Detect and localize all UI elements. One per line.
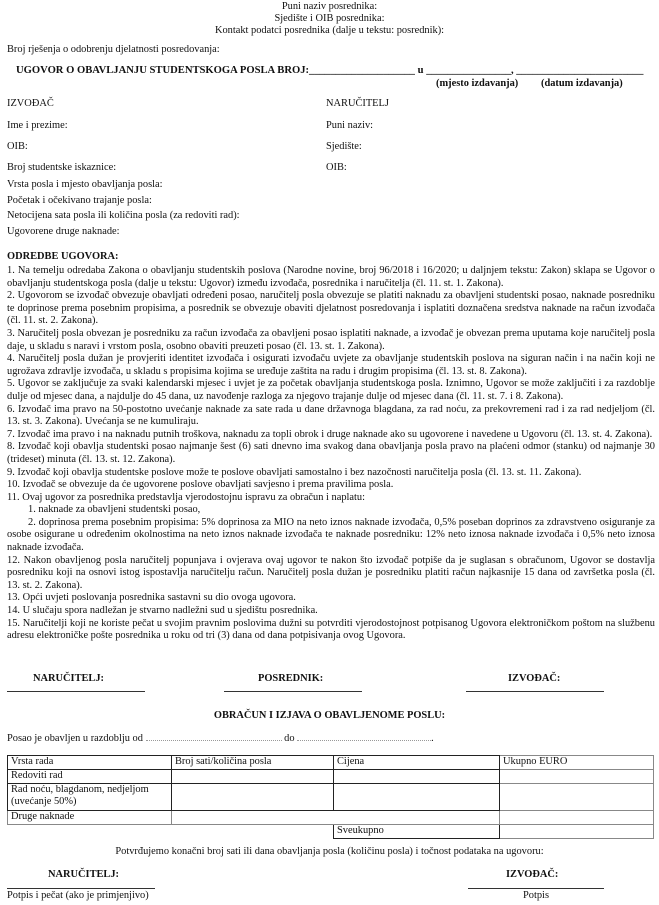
decision-number-label: Broj rješenja o odobrenju djelatnosti po… bbox=[7, 44, 220, 57]
provision-item: 5. Ugovor se zaključuje za svaki kalenda… bbox=[7, 378, 655, 403]
provision-item: 2. Ugovorom se izvođač obvezuje obavljat… bbox=[7, 290, 655, 328]
provision-item: 7. Izvođač ima pravo i na naknadu putnih… bbox=[7, 429, 655, 442]
agent-full-name-label: Puni naziv posrednika: bbox=[0, 1, 659, 13]
provision-item: 4. Naručitelj posla dužan je provjeriti … bbox=[7, 353, 655, 378]
col-header-hours: Broj sati/količina posla bbox=[172, 756, 334, 770]
calculation-table: Vrsta rada Broj sati/količina posla Cije… bbox=[7, 755, 654, 839]
in-word: u bbox=[418, 65, 424, 76]
confirm-contractor-label: IZVOĐAČ: bbox=[506, 869, 558, 882]
agent-seat-oib-label: Sjedište i OIB posrednika: bbox=[0, 13, 659, 25]
provision-sub-item: 1. naknade za obavljeni studentski posao… bbox=[7, 504, 655, 517]
provision-item: 11. Ovaj ugovor za posrednika predstavlj… bbox=[7, 492, 655, 505]
signature-line-contractor[interactable] bbox=[466, 691, 604, 692]
contractor-heading: IZVOĐAČ bbox=[7, 98, 54, 111]
period-prefix: Posao je obavljen u razdoblju od bbox=[7, 733, 143, 744]
total-label: Sveukupno bbox=[334, 825, 500, 839]
provision-item: 15. Naručitelji koji ne koriste pečat u … bbox=[7, 618, 655, 643]
contract-title-text: UGOVOR O OBAVLJANJU STUDENTSKOGA POSLA B… bbox=[16, 65, 309, 76]
empty-cell bbox=[8, 825, 172, 839]
provisions-heading: ODREDBE UGOVORA: bbox=[7, 251, 119, 264]
row-label-night-holiday: Rad noću, blagdanom, nedjeljom (uvećanje… bbox=[8, 784, 172, 811]
job-fields: Vrsta posla i mjesto obavljanja posla: P… bbox=[7, 177, 240, 239]
provision-item: 12. Nakon obavljenog posla naručitelj po… bbox=[7, 555, 655, 593]
contractor-oib-field: OIB: bbox=[7, 141, 28, 154]
provision-item: 14. U slučaju spora nadležan je stvarno … bbox=[7, 605, 655, 618]
contractor-signature-caption: Potpis bbox=[468, 890, 604, 903]
cell-other-fees-details[interactable] bbox=[172, 811, 500, 825]
cell-night-price[interactable] bbox=[334, 784, 500, 811]
client-heading: NARUČITELJ bbox=[326, 98, 389, 111]
client-name-field: Puni naziv: bbox=[326, 120, 373, 133]
agent-contact-label: Kontakt podatci posrednika (dalje u teks… bbox=[0, 25, 659, 37]
empty-cell bbox=[172, 825, 334, 839]
cell-regular-total[interactable] bbox=[500, 770, 654, 784]
contract-title: UGOVOR O OBAVLJANJU STUDENTSKOGA POSLA B… bbox=[16, 65, 643, 78]
col-header-work-type: Vrsta rada bbox=[8, 756, 172, 770]
provision-item: 1. Na temelju odredaba Zakona o obavljan… bbox=[7, 265, 655, 290]
col-header-total: Ukupno EURO bbox=[500, 756, 654, 770]
job-start-field: Početak i očekivano trajanje posla: bbox=[7, 193, 240, 209]
cell-regular-hours[interactable] bbox=[172, 770, 334, 784]
signature-line-agent[interactable] bbox=[224, 691, 362, 692]
cell-night-total[interactable] bbox=[500, 784, 654, 811]
provision-sub-item: 2. doprinosa prema posebnim propisima: 5… bbox=[7, 517, 655, 555]
contract-number-field[interactable]: ____________________ bbox=[309, 65, 415, 76]
table-total-row: Sveukupno bbox=[8, 825, 654, 839]
col-header-price: Cijena bbox=[334, 756, 500, 770]
other-fees-field: Ugovorene druge naknade: bbox=[7, 224, 240, 240]
provision-item: 8. Izvođač koji obavlja studentski posao… bbox=[7, 441, 655, 466]
contractor-name-field: Ime i prezime: bbox=[7, 120, 68, 133]
row-label-other-fees: Druge naknade bbox=[8, 811, 172, 825]
table-header-row: Vrsta rada Broj sati/količina posla Cije… bbox=[8, 756, 654, 770]
period-from-field[interactable] bbox=[146, 740, 282, 741]
provision-item: 13. Opći uvjeti poslovanja posrednika sa… bbox=[7, 592, 655, 605]
table-row: Redoviti rad bbox=[8, 770, 654, 784]
confirm-signature-line-contractor[interactable] bbox=[468, 888, 604, 889]
table-row: Rad noću, blagdanom, nedjeljom (uvećanje… bbox=[8, 784, 654, 811]
confirm-client-label: NARUČITELJ: bbox=[48, 869, 119, 882]
confirmation-text: Potvrđujemo konačni broj sati ili dana o… bbox=[0, 846, 659, 859]
confirm-signature-line-client[interactable] bbox=[7, 888, 155, 889]
job-type-field: Vrsta posla i mjesto obavljanja posla: bbox=[7, 177, 240, 193]
cell-other-fees-total[interactable] bbox=[500, 811, 654, 825]
cell-night-hours[interactable] bbox=[172, 784, 334, 811]
period-to-label: do bbox=[284, 733, 294, 744]
provision-item: 6. Izvođač ima pravo na 50-postotno uveć… bbox=[7, 404, 655, 429]
place-field[interactable]: ________________ bbox=[426, 65, 511, 76]
period-end: . bbox=[431, 733, 434, 744]
signature-line-client[interactable] bbox=[7, 691, 145, 692]
period-to-field[interactable] bbox=[297, 740, 431, 741]
date-caption: (datum izdavanja) bbox=[541, 78, 623, 91]
signature-client-label: NARUČITELJ: bbox=[33, 673, 104, 686]
row-label-regular: Redoviti rad bbox=[8, 770, 172, 784]
job-rate-field: Netocijena sata posla ili količina posla… bbox=[7, 208, 240, 224]
cell-regular-price[interactable] bbox=[334, 770, 500, 784]
signature-agent-label: POSREDNIK: bbox=[258, 673, 323, 686]
comma: , bbox=[511, 65, 514, 76]
client-oib-field: OIB: bbox=[326, 162, 347, 175]
calculation-heading: OBRAČUN I IZJAVA O OBAVLJENOME POSLU: bbox=[0, 710, 659, 723]
signature-contractor-label: IZVOĐAČ: bbox=[508, 673, 560, 686]
provision-item: 3. Naručitelj posla obvezan je posrednik… bbox=[7, 328, 655, 353]
client-seat-field: Sjedište: bbox=[326, 141, 362, 154]
provision-item: 9. Izvođač koji obavlja studentske poslo… bbox=[7, 467, 655, 480]
place-caption: (mjesto izdavanja) bbox=[436, 78, 518, 91]
date-field[interactable]: ________________________ bbox=[516, 65, 643, 76]
client-signature-caption: Potpis i pečat (ako je primjenjivo) bbox=[7, 890, 149, 903]
provisions-list: 1. Na temelju odredaba Zakona o obavljan… bbox=[7, 265, 655, 643]
agent-header: Puni naziv posrednika: Sjedište i OIB po… bbox=[0, 1, 659, 37]
total-value[interactable] bbox=[500, 825, 654, 839]
provision-item: 10. Izvođač se obvezuje da će ugovorene … bbox=[7, 479, 655, 492]
contractor-student-id-field: Broj studentske iskaznice: bbox=[7, 162, 116, 175]
period-row: Posao je obavljen u razdoblju od do . bbox=[7, 733, 434, 746]
table-row: Druge naknade bbox=[8, 811, 654, 825]
